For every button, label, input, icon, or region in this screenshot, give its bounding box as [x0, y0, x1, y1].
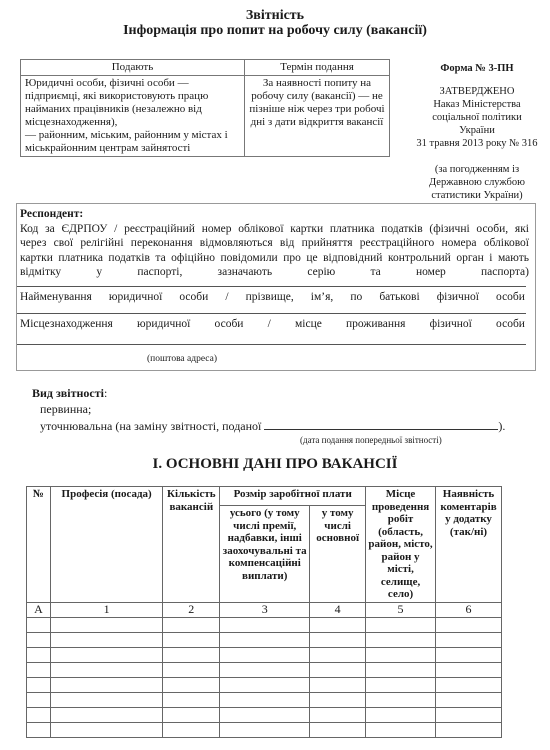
- column-code: А: [27, 602, 51, 617]
- deadline-cell: За наявності попиту на робочу силу (вака…: [245, 76, 390, 157]
- label-word: особи: [496, 317, 525, 332]
- table-cell[interactable]: [310, 647, 366, 662]
- table-cell[interactable]: [436, 617, 502, 632]
- report-kind-colon: :: [104, 386, 107, 400]
- approval-line: ЗАТВЕРДЖЕНО: [412, 85, 542, 98]
- approval-line: України: [412, 124, 542, 137]
- table-cell[interactable]: [50, 722, 162, 737]
- column-code: 1: [50, 602, 162, 617]
- label-word: місце: [295, 317, 322, 332]
- approval-line: Наказ Міністерства: [412, 98, 542, 111]
- table-cell[interactable]: [27, 677, 51, 692]
- col-comments-header: Наявність коментарів у додатку (так/ні): [436, 487, 502, 603]
- table-cell[interactable]: [163, 722, 220, 737]
- submitters-line: — районним, міським, районним у містах і: [25, 129, 240, 142]
- label-word: /: [268, 317, 271, 332]
- label-word: юридичної: [109, 290, 162, 305]
- table-cell[interactable]: [310, 692, 366, 707]
- table-cell[interactable]: [163, 692, 220, 707]
- table-row: [27, 722, 502, 737]
- approval-line: 31 травня 2013 року № 316: [412, 137, 542, 150]
- table-cell[interactable]: [50, 692, 162, 707]
- table-cell[interactable]: [436, 677, 502, 692]
- section-title: І. ОСНОВНІ ДАНІ ПРО ВАКАНСІЇ: [0, 456, 550, 473]
- table-cell[interactable]: [436, 632, 502, 647]
- table-cell[interactable]: [366, 617, 436, 632]
- table-cell[interactable]: [220, 617, 310, 632]
- col-count-header: Кількість вакансій: [163, 487, 220, 603]
- deadline-line: За наявності попиту на: [249, 77, 385, 90]
- label-word: фізичної: [437, 290, 479, 305]
- table-row: [27, 692, 502, 707]
- deadline-line: пізніше ніж через три робочі: [249, 103, 385, 116]
- approval-line: соціальної політики: [412, 111, 542, 124]
- table-row: [27, 647, 502, 662]
- table-cell[interactable]: [366, 707, 436, 722]
- report-kind-primary[interactable]: первинна;: [32, 401, 505, 417]
- table-cell[interactable]: [220, 707, 310, 722]
- table-cell[interactable]: [27, 692, 51, 707]
- label-word: Місцезнаходження: [20, 317, 113, 332]
- table-row: [27, 617, 502, 632]
- table-cell[interactable]: [366, 722, 436, 737]
- submitters-line: Юридичні особи, фізичні особи —: [25, 77, 240, 90]
- respondent-box: Респондент: Код за ЄДРПОУ / реєстраційни…: [16, 203, 536, 371]
- table-cell[interactable]: [163, 707, 220, 722]
- table-cell[interactable]: [50, 662, 162, 677]
- table-cell[interactable]: [366, 647, 436, 662]
- corrective-label: уточнювальна (на заміну звітності, подан…: [40, 419, 261, 433]
- table-cell[interactable]: [436, 722, 502, 737]
- label-word: Найменування: [20, 290, 92, 305]
- previous-date-caption: (дата подання попередньої звітності): [300, 432, 505, 448]
- vacancies-table: № Професія (посада) Кількість вакансій Р…: [26, 486, 502, 738]
- table-cell[interactable]: [366, 662, 436, 677]
- table-cell[interactable]: [220, 692, 310, 707]
- column-code: 6: [436, 602, 502, 617]
- table-cell[interactable]: [310, 617, 366, 632]
- deadline-header: Термін подання: [245, 60, 390, 76]
- submitters-line: місцезнаходження),: [25, 116, 240, 129]
- submitters-line: підприємці, які використовують працю: [25, 90, 240, 103]
- table-cell[interactable]: [310, 707, 366, 722]
- table-cell[interactable]: [163, 677, 220, 692]
- table-cell[interactable]: [163, 662, 220, 677]
- label-word: батькові: [379, 290, 419, 305]
- col-salary-group-header: Розмір заробітної плати: [220, 487, 366, 506]
- table-cell[interactable]: [50, 707, 162, 722]
- code-line: через свої релігійні переконання відмовл…: [20, 236, 529, 251]
- table-row: [27, 662, 502, 677]
- respondent-heading: Респондент:: [20, 207, 535, 222]
- label-word: особи: [215, 317, 244, 332]
- table-cell[interactable]: [27, 632, 51, 647]
- column-code: 5: [366, 602, 436, 617]
- table-cell[interactable]: [27, 662, 51, 677]
- code-entry-line[interactable]: [17, 286, 526, 287]
- column-code: 4: [310, 602, 366, 617]
- table-cell[interactable]: [50, 617, 162, 632]
- report-kind-block: Вид звітності: первинна; уточнювальна (н…: [32, 385, 505, 448]
- note-line: Державною службою: [412, 176, 542, 189]
- table-cell[interactable]: [310, 677, 366, 692]
- note-line: статистики України): [412, 189, 542, 202]
- submitters-cell: Юридичні особи, фізичні особи — підприєм…: [21, 76, 245, 157]
- label-word: прізвище,: [246, 290, 294, 305]
- table-cell[interactable]: [436, 662, 502, 677]
- label-word: проживання: [346, 317, 405, 332]
- location-field-label: Місцезнаходженняюридичноїособи/місцепрож…: [20, 317, 525, 332]
- name-entry-line[interactable]: [17, 313, 526, 314]
- label-word: по: [350, 290, 362, 305]
- table-cell[interactable]: [436, 647, 502, 662]
- table-row: [27, 632, 502, 647]
- table-cell[interactable]: [220, 677, 310, 692]
- code-line: відмітку у паспорті, зазначають серію та…: [20, 265, 529, 280]
- code-line: картки платника податків та офіційно пов…: [20, 251, 529, 266]
- label-word: ім’я,: [311, 290, 333, 305]
- table-cell[interactable]: [366, 632, 436, 647]
- code-line: Код за ЄДРПОУ / реєстраційний номер облі…: [20, 222, 529, 237]
- table-cell[interactable]: [50, 632, 162, 647]
- submission-table: Подають Термін подання Юридичні особи, ф…: [20, 59, 390, 157]
- submitters-header: Подають: [21, 60, 245, 76]
- report-kind-label: Вид звітності: [32, 386, 104, 400]
- table-cell[interactable]: [220, 722, 310, 737]
- table-cell[interactable]: [310, 632, 366, 647]
- table-cell[interactable]: [366, 677, 436, 692]
- table-row: [27, 677, 502, 692]
- table-row: [27, 707, 502, 722]
- col-salary-total-header: усього (у тому числі премії, надбавки, і…: [220, 506, 310, 602]
- table-cell[interactable]: [310, 662, 366, 677]
- table-cell[interactable]: [27, 617, 51, 632]
- col-salary-base-header: у тому числі основної: [310, 506, 366, 602]
- column-code: 2: [163, 602, 220, 617]
- table-cell[interactable]: [27, 647, 51, 662]
- table-cell[interactable]: [163, 647, 220, 662]
- label-word: фізичної: [430, 317, 472, 332]
- table-cell[interactable]: [27, 707, 51, 722]
- postal-address-caption: (поштова адреса): [17, 352, 347, 367]
- table-cell[interactable]: [366, 692, 436, 707]
- approval-note: (за погодженням із Державною службою ста…: [412, 163, 542, 202]
- address-entry-line[interactable]: [17, 344, 526, 345]
- table-cell[interactable]: [310, 722, 366, 737]
- column-codes-row: А 1 2 3 4 5 6: [27, 602, 502, 617]
- col-place-header: Місце проведення робіт (область, район, …: [366, 487, 436, 603]
- form-number: Форма № 3-ПН: [412, 62, 542, 75]
- approval-block: Форма № 3-ПН ЗАТВЕРДЖЕНО Наказ Міністерс…: [412, 62, 542, 202]
- table-cell[interactable]: [50, 677, 162, 692]
- col-number-header: №: [27, 487, 51, 603]
- table-cell[interactable]: [163, 632, 220, 647]
- column-code: 3: [220, 602, 310, 617]
- table-cell[interactable]: [27, 722, 51, 737]
- table-cell[interactable]: [163, 617, 220, 632]
- label-word: юридичної: [137, 317, 190, 332]
- respondent-code-instructions: Код за ЄДРПОУ / реєстраційний номер облі…: [20, 222, 529, 280]
- label-word: особи: [179, 290, 208, 305]
- submitters-line: міськрайонним центрам зайнятості: [25, 142, 240, 155]
- table-cell[interactable]: [220, 647, 310, 662]
- label-word: /: [225, 290, 228, 305]
- previous-report-date-field[interactable]: [264, 417, 498, 430]
- submitters-line: найманих працівників (незалежно від: [25, 103, 240, 116]
- table-cell[interactable]: [436, 707, 502, 722]
- document-subtitle: Інформація про попит на робочу силу (вак…: [0, 23, 550, 39]
- note-line: (за погодженням із: [412, 163, 542, 176]
- table-cell[interactable]: [436, 692, 502, 707]
- table-cell[interactable]: [220, 632, 310, 647]
- table-cell[interactable]: [50, 647, 162, 662]
- table-cell[interactable]: [220, 662, 310, 677]
- name-field-label: Найменуванняюридичноїособи/прізвище,ім’я…: [20, 290, 525, 305]
- corrective-end: ).: [498, 419, 505, 433]
- deadline-line: робочу силу (вакансії) — не: [249, 90, 385, 103]
- document-title: Звітність: [0, 8, 550, 24]
- col-profession-header: Професія (посада): [50, 487, 162, 603]
- label-word: особи: [496, 290, 525, 305]
- deadline-line: дні з дати відкриття вакансії: [249, 116, 385, 129]
